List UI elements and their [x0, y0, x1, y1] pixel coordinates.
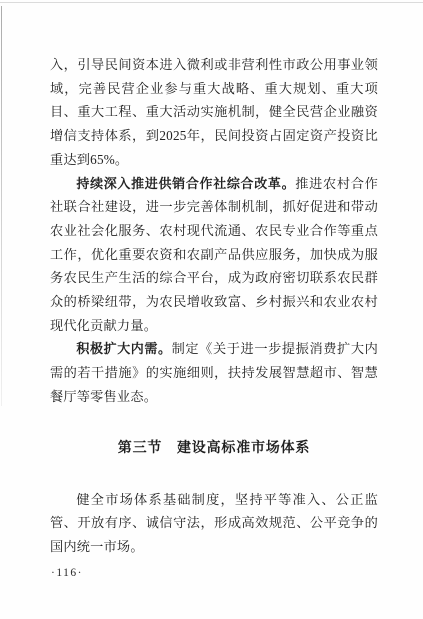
document-page: 入，引导民间资本进入微利或非营利性市政公用事业领域，完善民营企业参与重大战略、重…	[0, 0, 423, 619]
paragraph-text: 入，引导民间资本进入微利或非营利性市政公用事业领域，完善民营企业参与重大战略、重…	[50, 57, 378, 167]
paragraph-lead-bold: 积极扩大内需。	[76, 341, 171, 356]
paragraph-text: 推进农村合作社联合社建设，进一步完善体制机制，抓好促进和带动农业社会化服务、农村…	[50, 176, 378, 333]
paragraph-market-system: 健全市场体系基础制度，坚持平等准入、公正监管、开放有序、诚信守法，形成高效规范、…	[50, 488, 378, 559]
paragraph-text: 健全市场体系基础制度，坚持平等准入、公正监管、开放有序、诚信守法，形成高效规范、…	[50, 492, 378, 554]
text-column: 入，引导民间资本进入微利或非营利性市政公用事业领域，完善民营企业参与重大战略、重…	[50, 53, 378, 559]
paragraph-expand-demand: 积极扩大内需。制定《关于进一步提振消费扩大内需的若干措施》的实施细则，扶持发展智…	[50, 337, 378, 408]
section-heading: 第三节 建设高标准市场体系	[50, 438, 378, 459]
paragraph-lead-bold: 持续深入推进供销合作社综合改革。	[76, 176, 295, 191]
paragraph-private-investment: 入，引导民间资本进入微利或非营利性市政公用事业领域，完善民营企业参与重大战略、重…	[50, 53, 378, 172]
page-number: ·116·	[51, 566, 83, 581]
paragraph-supply-coop-reform: 持续深入推进供销合作社综合改革。推进农村合作社联合社建设，进一步完善体制机制，抓…	[50, 172, 378, 338]
